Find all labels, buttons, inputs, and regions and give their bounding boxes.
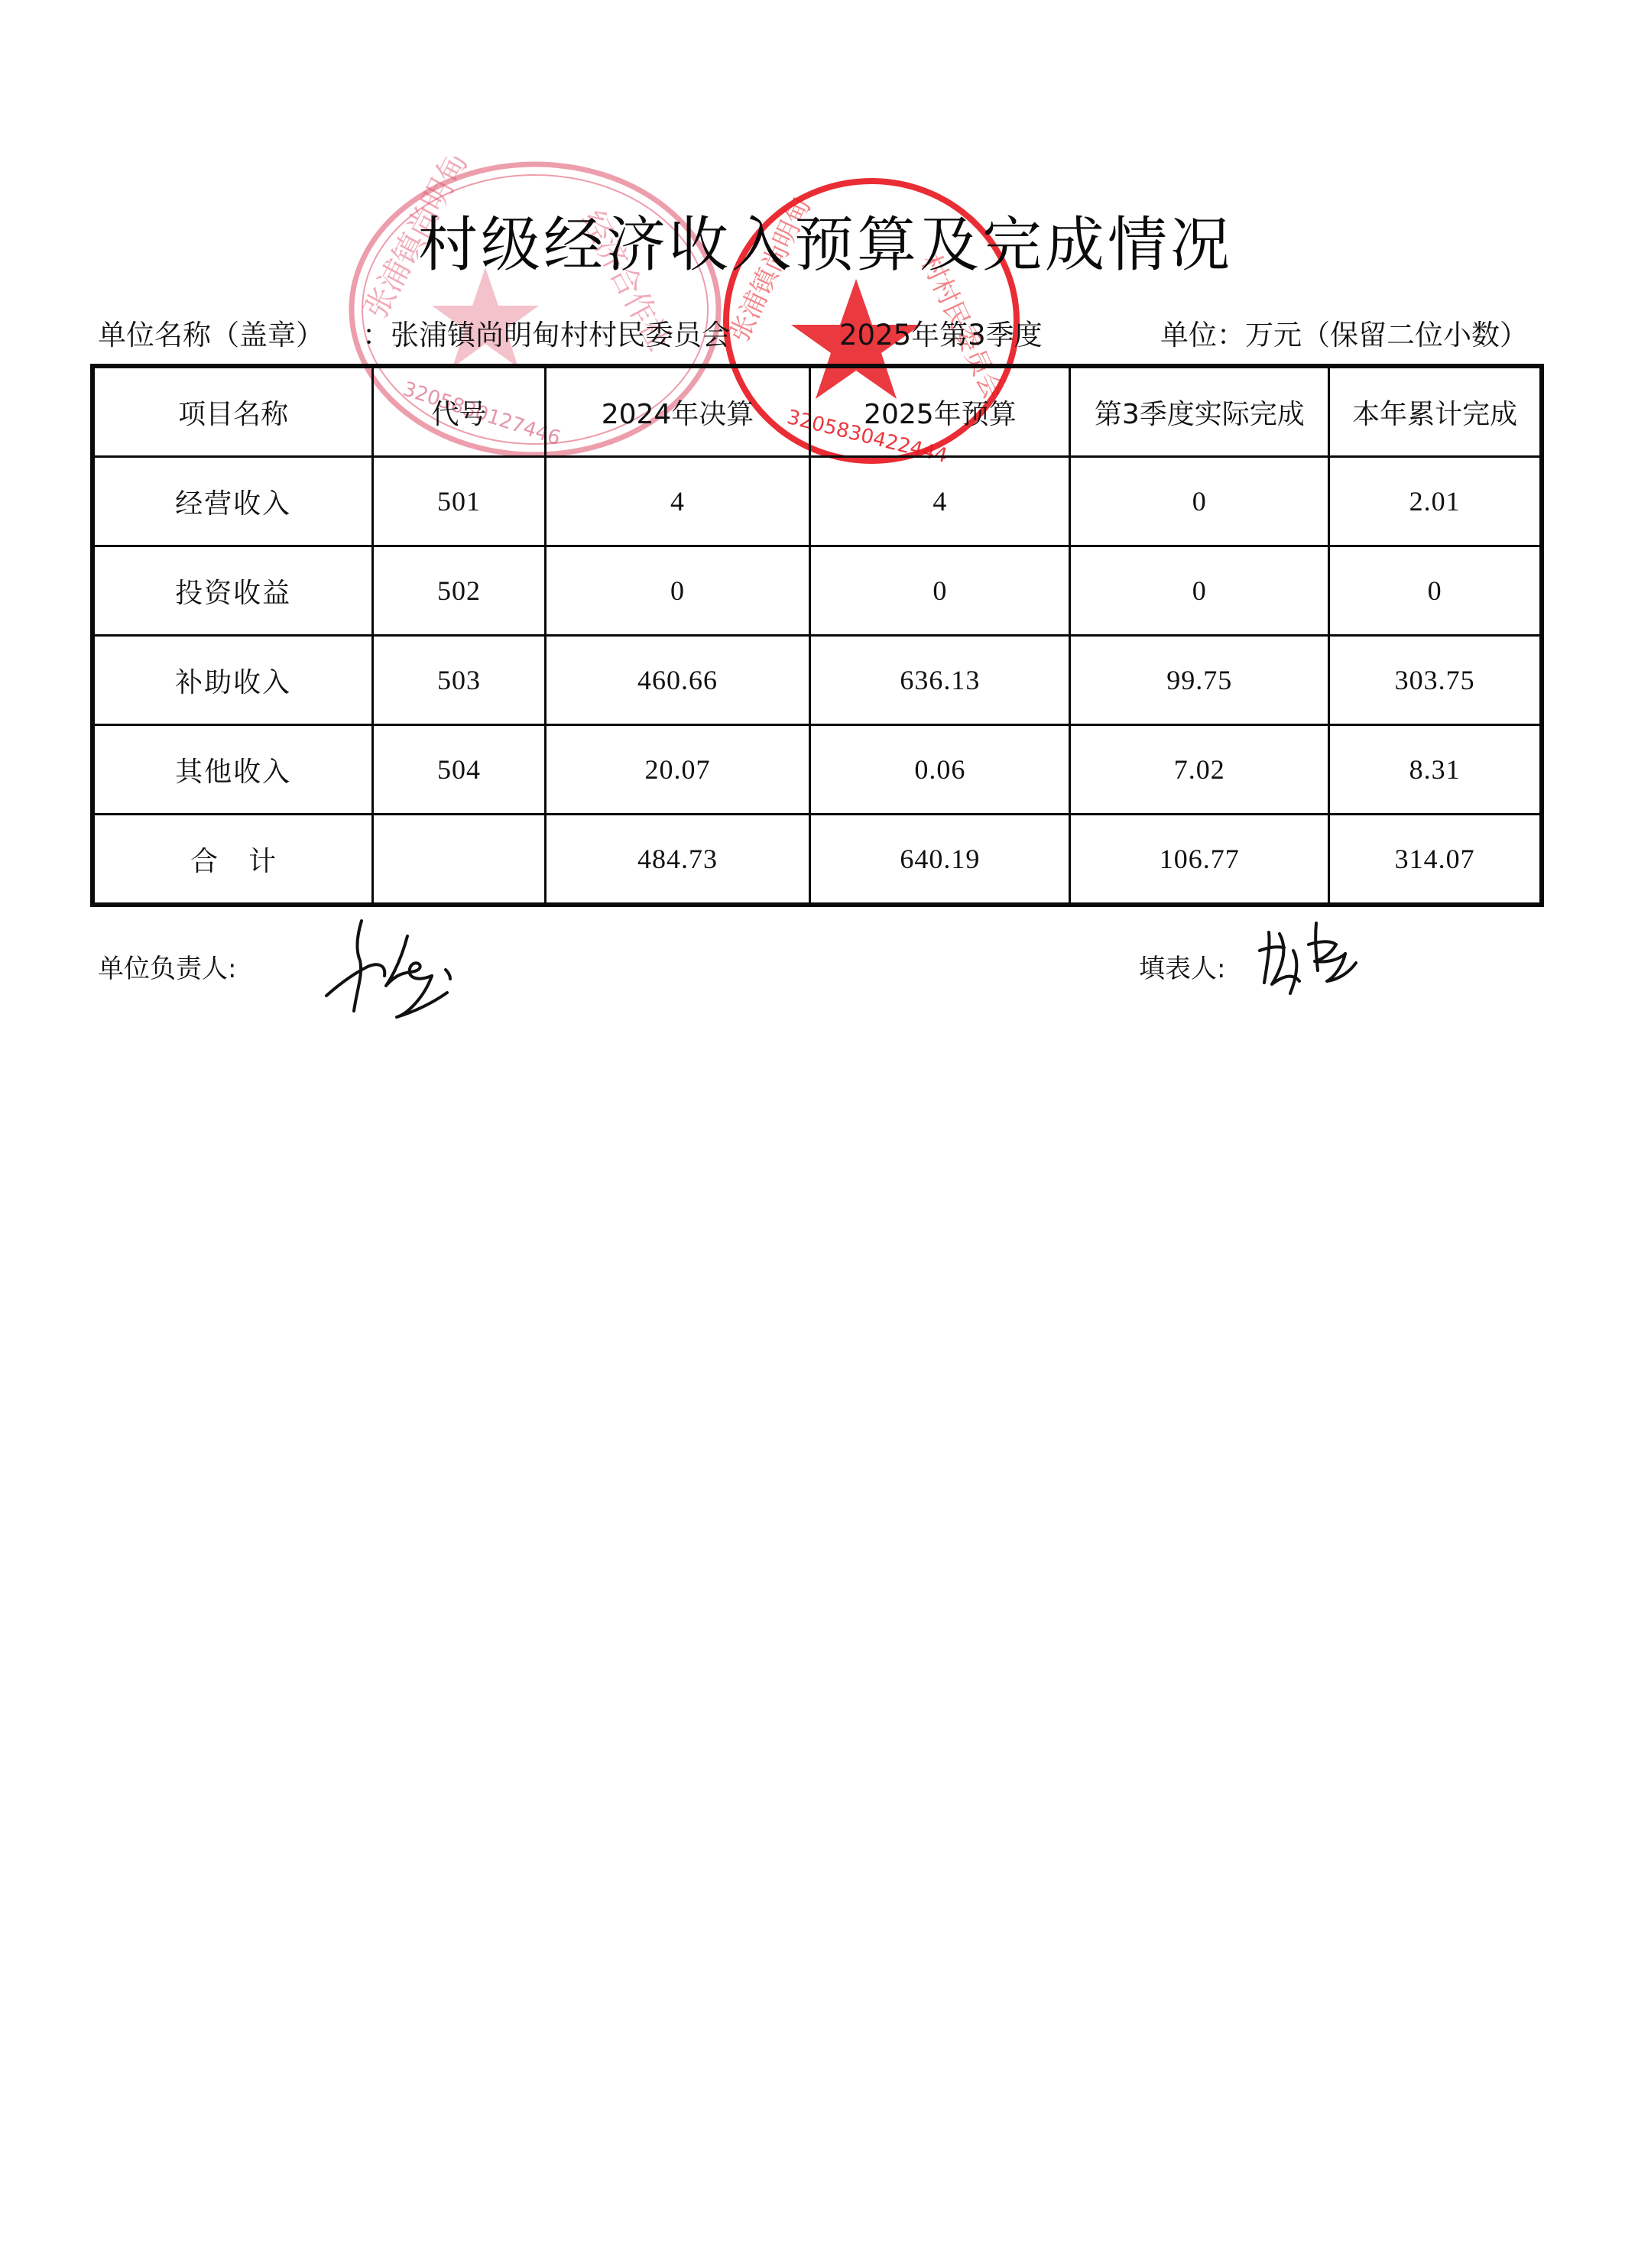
item-code: 504 bbox=[373, 725, 545, 815]
q3-actual: 0 bbox=[1070, 546, 1329, 636]
unit-name-label: 单位名称（盖章） bbox=[98, 312, 324, 353]
item-name: 投资收益 bbox=[92, 546, 373, 636]
item-name: 补助收入 bbox=[92, 636, 373, 725]
table-row: 补助收入 503 460.66 636.13 99.75 303.75 bbox=[92, 636, 1542, 725]
table-total-row: 合计 484.73 640.19 106.77 314.07 bbox=[92, 815, 1542, 906]
filler-signature bbox=[1254, 917, 1383, 1001]
item-name: 经营收入 bbox=[92, 457, 373, 546]
q3-actual: 0 bbox=[1070, 457, 1329, 546]
budget-2025: 0 bbox=[810, 546, 1070, 636]
item-code: 503 bbox=[373, 636, 545, 725]
budget-2025: 636.13 bbox=[810, 636, 1070, 725]
table-row: 投资收益 502 0 0 0 0 bbox=[92, 546, 1542, 636]
ytd: 303.75 bbox=[1329, 636, 1542, 725]
currency-note: 单位：万元（保留二位小数） bbox=[1160, 312, 1528, 353]
q3-actual: 7.02 bbox=[1070, 725, 1329, 815]
total-code bbox=[373, 815, 545, 906]
page-title: 村级经济收入预算及完成情况 bbox=[0, 197, 1651, 283]
leader-label: 单位负责人: bbox=[98, 948, 236, 985]
table-row: 其他收入 504 20.07 0.06 7.02 8.31 bbox=[92, 725, 1542, 815]
table-row: 经营收入 501 4 4 0 2.01 bbox=[92, 457, 1542, 546]
leader-signature bbox=[317, 913, 539, 1020]
final-2024: 460.66 bbox=[545, 636, 810, 725]
q3-actual: 99.75 bbox=[1070, 636, 1329, 725]
budget-2025: 4 bbox=[810, 457, 1070, 546]
header-budget-2025: 2025年预算 bbox=[810, 366, 1070, 457]
item-name: 其他收入 bbox=[92, 725, 373, 815]
ytd: 8.31 bbox=[1329, 725, 1542, 815]
ytd: 2.01 bbox=[1329, 457, 1542, 546]
header-final-2024: 2024年决算 bbox=[545, 366, 810, 457]
filler-label: 填表人: bbox=[1139, 948, 1225, 985]
item-code: 501 bbox=[373, 457, 545, 546]
total-label: 合计 bbox=[92, 815, 373, 906]
ytd: 0 bbox=[1329, 546, 1542, 636]
final-2024: 20.07 bbox=[545, 725, 810, 815]
header-ytd: 本年累计完成 bbox=[1329, 366, 1542, 457]
document-meta: 单位名称（盖章） ：张浦镇尚明甸村村民委员会 2025年第3季度 单位：万元（保… bbox=[98, 312, 1550, 355]
reporting-period: 2025年第3季度 bbox=[839, 312, 1043, 353]
header-code: 代号 bbox=[373, 366, 545, 457]
unit-name-value: ：张浦镇尚明甸村村民委员会 bbox=[362, 312, 730, 353]
header-item-name: 项目名称 bbox=[92, 366, 373, 457]
total-ytd: 314.07 bbox=[1329, 815, 1542, 906]
income-table: 项目名称 代号 2024年决算 2025年预算 第3季度实际完成 本年累计完成 … bbox=[90, 364, 1544, 907]
total-final-2024: 484.73 bbox=[545, 815, 810, 906]
total-q3-actual: 106.77 bbox=[1070, 815, 1329, 906]
header-q3-actual: 第3季度实际完成 bbox=[1070, 366, 1329, 457]
total-budget-2025: 640.19 bbox=[810, 815, 1070, 906]
table-header-row: 项目名称 代号 2024年决算 2025年预算 第3季度实际完成 本年累计完成 bbox=[92, 366, 1542, 457]
final-2024: 4 bbox=[545, 457, 810, 546]
budget-2025: 0.06 bbox=[810, 725, 1070, 815]
item-code: 502 bbox=[373, 546, 545, 636]
final-2024: 0 bbox=[545, 546, 810, 636]
